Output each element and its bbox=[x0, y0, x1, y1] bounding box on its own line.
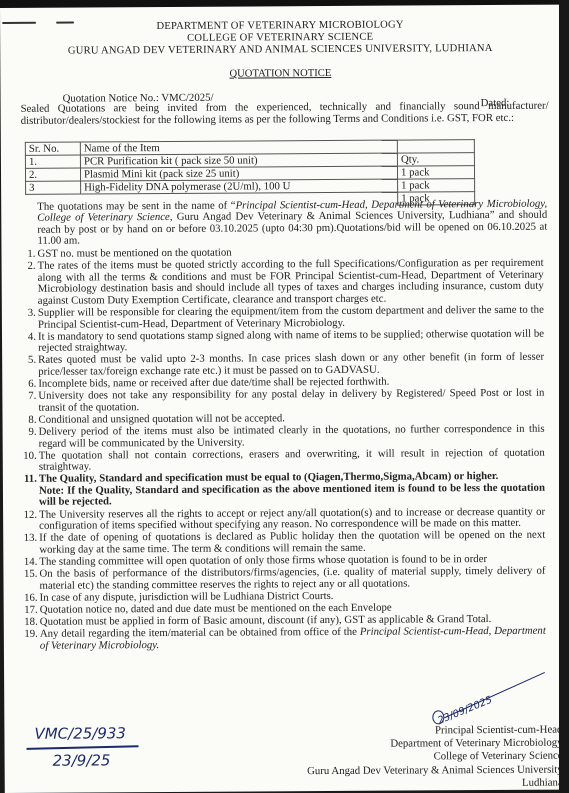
signatory-line: Ludhiana bbox=[307, 776, 563, 791]
handwritten-underline bbox=[27, 745, 139, 749]
term-text: University does not take any responsibil… bbox=[38, 387, 544, 414]
signatory-block: Principal Scientist-cum-HeadDepartment o… bbox=[307, 724, 563, 792]
term-text: The rates of the items must be quoted st… bbox=[38, 257, 544, 307]
term-number: 7. bbox=[12, 391, 36, 403]
term-number: 18. bbox=[14, 617, 38, 629]
term-number: 10. bbox=[13, 450, 37, 462]
term-number: 19. bbox=[14, 629, 38, 641]
term-item: 11.The Quality, Standard and specificati… bbox=[13, 471, 545, 509]
handwritten-date: 23/9/25 bbox=[53, 751, 111, 769]
term-text: It is mandatory to send quotations stamp… bbox=[38, 327, 544, 354]
term-text: Delivery period of the items must also b… bbox=[39, 423, 545, 450]
terms-list: 1.GST no. must be mentioned on the quota… bbox=[11, 246, 545, 653]
term-text: Any detail regarding the item/material c… bbox=[40, 626, 360, 640]
term-number: 11. bbox=[13, 474, 37, 486]
term-number: 12. bbox=[13, 509, 37, 521]
handwritten-reference: VMC/25/933 bbox=[34, 724, 126, 743]
signatory-line: Guru Angad Dev Veterinary & Animal Scien… bbox=[307, 763, 563, 778]
term-number: 6. bbox=[12, 379, 36, 391]
term-number: 14. bbox=[13, 557, 37, 569]
term-text: Supplier will be responsible for clearin… bbox=[38, 304, 544, 331]
header-sr-no: Sr. No. bbox=[25, 142, 80, 155]
term-number: 1. bbox=[11, 249, 35, 261]
document-title: QUOTATION NOTICE bbox=[0, 67, 560, 81]
term-number: 15. bbox=[13, 569, 37, 581]
intro-paragraph: Sealed Quotations are being invited from… bbox=[21, 101, 549, 127]
term-item: 5.Rates quoted must be valid upto 2-3 mo… bbox=[12, 352, 544, 378]
submission-paragraph: The quotations may be sent in the name o… bbox=[37, 199, 547, 248]
term-text: The University reserves all the rights t… bbox=[39, 505, 545, 532]
term-text: If the date of opening of quotations is … bbox=[39, 529, 545, 556]
term-text: On the basis of performance of the distr… bbox=[39, 565, 545, 592]
term-item: 2.The rates of the items must be quoted … bbox=[12, 258, 544, 308]
term-number: 16. bbox=[14, 593, 38, 605]
cell-qty: 1 pack bbox=[397, 166, 474, 179]
term-number: 4. bbox=[12, 331, 36, 343]
term-number: 9. bbox=[13, 427, 37, 439]
document-page: DEPARTMENT OF VETERINARY MICROBIOLOGY CO… bbox=[0, 5, 565, 793]
cell-sr: 1. bbox=[25, 155, 80, 168]
scan-right-border bbox=[559, 0, 569, 793]
term-number: 17. bbox=[14, 605, 38, 617]
term-number: 3. bbox=[12, 308, 36, 320]
signature-date: 23/09/2025 bbox=[436, 695, 493, 727]
term-item: 15.On the basis of performance of the di… bbox=[13, 566, 545, 592]
header-qty bbox=[397, 140, 474, 153]
term-number: 5. bbox=[12, 355, 36, 367]
term-text: Rates quoted must be valid upto 2-3 mont… bbox=[38, 351, 544, 378]
term-text: GST no. must be mentioned on the quotati… bbox=[37, 247, 231, 260]
term-text: The quotation shall not contain correcti… bbox=[39, 446, 545, 473]
cell-sr: 3 bbox=[26, 181, 81, 194]
term-item: 19.Any detail regarding the item/materia… bbox=[14, 626, 546, 652]
term-number: 2. bbox=[12, 261, 36, 273]
term-number: 8. bbox=[12, 415, 36, 427]
cell-qty: Qty. bbox=[397, 153, 474, 166]
term-item: 7.University does not take any responsib… bbox=[12, 388, 544, 414]
signatory-line: College of Veterinary Science bbox=[307, 750, 563, 765]
cell-qty: 1 pack bbox=[398, 179, 475, 192]
term-number: 13. bbox=[13, 533, 37, 545]
cell-sr: 2. bbox=[25, 168, 80, 181]
university-heading: GURU ANGAD DEV VETERINARY AND ANIMAL SCI… bbox=[0, 43, 560, 58]
